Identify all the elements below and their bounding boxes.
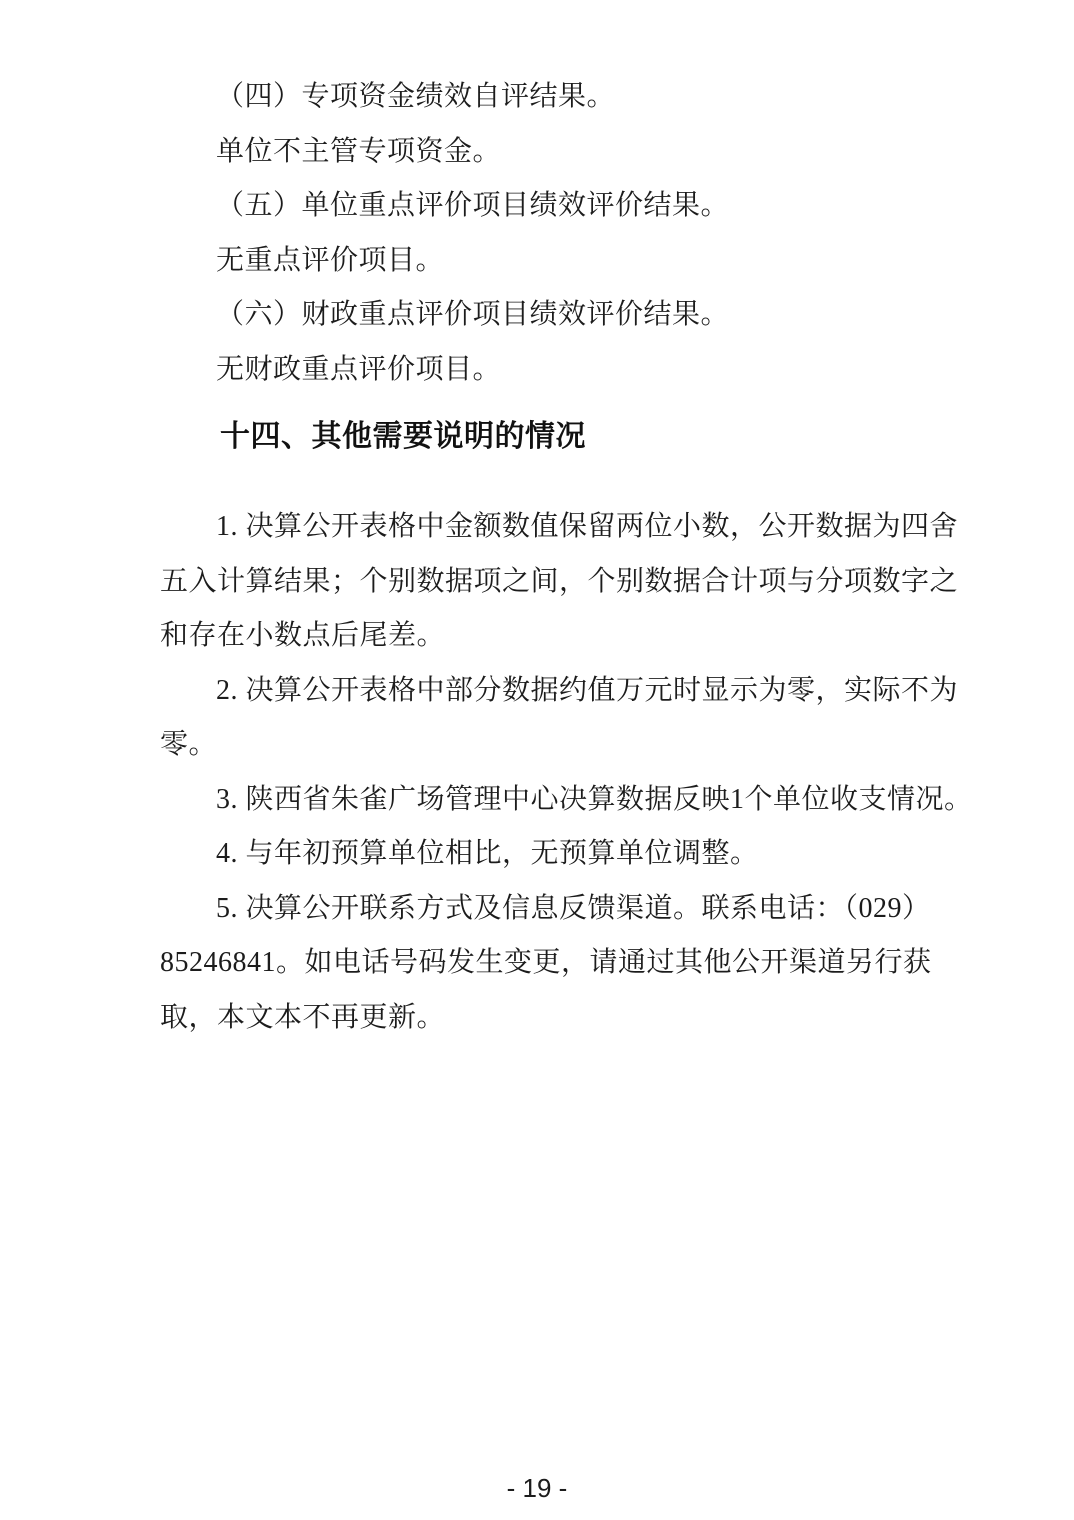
document-body: （四）专项资金绩效自评结果。 单位不主管专项资金。 （五）单位重点评价项目绩效评…	[160, 70, 950, 1045]
note-5-line-1: 5. 决算公开联系方式及信息反馈渠道。联系电话：（029）	[160, 882, 950, 937]
note-1-line-1: 1. 决算公开表格中金额数值保留两位小数，公开数据为四舍	[160, 500, 950, 555]
section-heading-14: 十四、其他需要说明的情况	[160, 419, 950, 455]
subsection-5-body: 无重点评价项目。	[160, 234, 950, 289]
note-1-line-2: 五入计算结果；个别数据项之间，个别数据合计项与分项数字之	[160, 555, 950, 610]
note-1-line-3: 和存在小数点后尾差。	[160, 609, 950, 664]
note-5-line-2: 85246841。如电话号码发生变更，请通过其他公开渠道另行获	[160, 936, 950, 991]
note-3-line-1: 3. 陕西省朱雀广场管理中心决算数据反映1个单位收支情况。	[160, 773, 950, 828]
document-page: （四）专项资金绩效自评结果。 单位不主管专项资金。 （五）单位重点评价项目绩效评…	[0, 0, 1074, 1520]
note-2-line-2: 零。	[160, 718, 950, 773]
subsection-title-5: （五）单位重点评价项目绩效评价结果。	[160, 179, 950, 234]
subsection-title-4: （四）专项资金绩效自评结果。	[160, 70, 950, 125]
subsection-4-body: 单位不主管专项资金。	[160, 125, 950, 180]
note-4-line-1: 4. 与年初预算单位相比，无预算单位调整。	[160, 827, 950, 882]
note-5-line-3: 取，本文本不再更新。	[160, 991, 950, 1046]
note-2-line-1: 2. 决算公开表格中部分数据约值万元时显示为零，实际不为	[160, 664, 950, 719]
subsection-title-6: （六）财政重点评价项目绩效评价结果。	[160, 288, 950, 343]
subsection-6-body: 无财政重点评价项目。	[160, 343, 950, 398]
page-number: - 19 -	[0, 1473, 1074, 1504]
